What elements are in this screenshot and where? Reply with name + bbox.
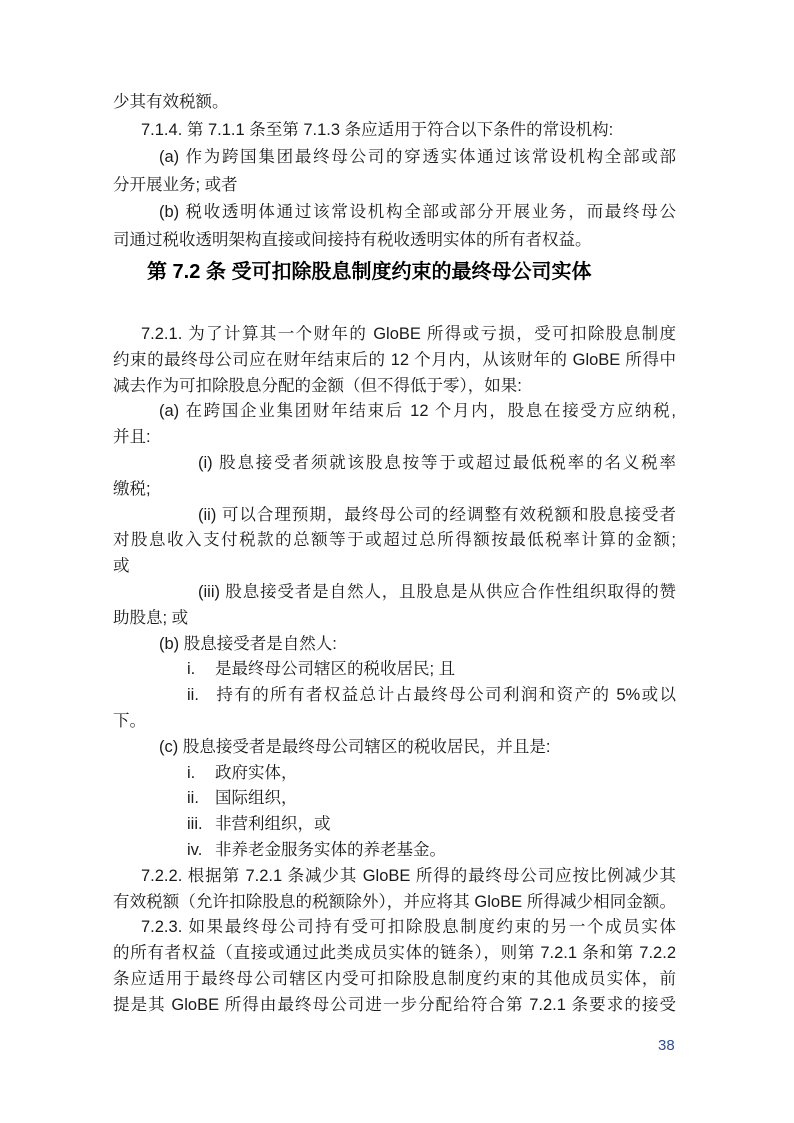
list-item-text: 持有的所有者权益总计占最终母公司利润和资产的 5%或以 — [215, 686, 676, 704]
document-body: 少其有效税额。7.1.4. 第 7.1.1 条至第 7.1.3 条应适用于符合以… — [113, 89, 676, 1019]
section-heading: 第 7.2 条 受可扣除股息制度约束的最终母公司实体 — [147, 258, 676, 286]
text-line: (iii) 股息接受者是自然人，且股息是从供应合作性组织取得的赞 — [113, 580, 676, 606]
list-marker: i. — [187, 761, 215, 787]
list-item-text: 非营利组织，或 — [215, 815, 331, 833]
text-line: 下。 — [113, 709, 676, 735]
list-item-text: 非养老金服务实体的养老基金。 — [215, 841, 446, 859]
list-marker: i. — [187, 657, 215, 683]
text-line: (b) 税收透明体通过该常设机构全部或部分开展业务，而最终母公 — [113, 199, 676, 227]
text-line: i.政府实体， — [113, 761, 676, 787]
text-line: 的所有者权益（直接或通过此类成员实体的链条），则第 7.2.1 条和第 7.2.… — [113, 941, 676, 967]
text-line: 缴税; — [113, 477, 676, 503]
text-line: (c) 股息接受者是最终母公司辖区的税收居民，并且是: — [113, 735, 676, 761]
text-line: i.是最终母公司辖区的税收居民; 且 — [113, 657, 676, 683]
text-line: 减去作为可扣除股息分配的金额（但不得低于零），如果: — [113, 374, 676, 400]
text-line: 分开展业务; 或者 — [113, 172, 676, 200]
list-marker: iv. — [187, 838, 215, 864]
text-line: ii.持有的所有者权益总计占最终母公司利润和资产的 5%或以 — [113, 683, 676, 709]
text-line: 并且: — [113, 425, 676, 451]
text-line: 助股息; 或 — [113, 606, 676, 632]
list-item-text: 是最终母公司辖区的税收居民; 且 — [215, 660, 455, 678]
text-line: (i) 股息接受者须就该股息按等于或超过最低税率的名义税率 — [113, 451, 676, 477]
text-line: ii.国际组织， — [113, 786, 676, 812]
list-marker: iii. — [187, 812, 215, 838]
text-line: 少其有效税额。 — [113, 89, 676, 117]
text-line: (a) 在跨国企业集团财年结束后 12 个月内，股息在接受方应纳税, — [113, 399, 676, 425]
text-line: (b) 股息接受者是自然人: — [113, 632, 676, 658]
list-item-text: 国际组织， — [215, 789, 298, 807]
list-marker: ii. — [187, 683, 215, 709]
text-line: 提是其 GloBE 所得由最终母公司进一步分配给符合第 7.2.1 条要求的接受 — [113, 993, 676, 1019]
list-item-text: 政府实体， — [215, 764, 298, 782]
text-line: 7.2.2. 根据第 7.2.1 条减少其 GloBE 所得的最终母公司应按比例… — [113, 864, 676, 890]
text-line: 约束的最终母公司应在财年结束后的 12 个月内，从该财年的 GloBE 所得中 — [113, 348, 676, 374]
list-marker: ii. — [187, 786, 215, 812]
text-line: 有效税额（允许扣除股息的税额除外），并应将其 GloBE 所得减少相同金额。 — [113, 890, 676, 916]
text-line: 或 — [113, 554, 676, 580]
text-line: 条应适用于最终母公司辖区内受可扣除股息制度约束的其他成员实体，前 — [113, 967, 676, 993]
text-line: 7.2.3. 如果最终母公司持有受可扣除股息制度约束的另一个成员实体 — [113, 915, 676, 941]
text-line: iv.非养老金服务实体的养老基金。 — [113, 838, 676, 864]
text-line: iii.非营利组织，或 — [113, 812, 676, 838]
text-line: (ii) 可以合理预期，最终母公司的经调整有效税额和股息接受者 — [113, 503, 676, 529]
text-line: 7.2.1. 为了计算其一个财年的 GloBE 所得或亏损，受可扣除股息制度 — [113, 322, 676, 348]
text-line: (a) 作为跨国集团最终母公司的穿透实体通过该常设机构全部或部 — [113, 144, 676, 172]
document-page: 少其有效税额。7.1.4. 第 7.1.1 条至第 7.1.3 条应适用于符合以… — [0, 0, 794, 1123]
text-line: 对股息收入支付税款的总额等于或超过总所得额按最低税率计算的金额; — [113, 528, 676, 554]
page-number: 38 — [658, 1037, 675, 1055]
text-line: 7.1.4. 第 7.1.1 条至第 7.1.3 条应适用于符合以下条件的常设机… — [113, 117, 676, 145]
text-line: 司通过税收透明架构直接或间接持有税收透明实体的所有者权益。 — [113, 227, 676, 255]
